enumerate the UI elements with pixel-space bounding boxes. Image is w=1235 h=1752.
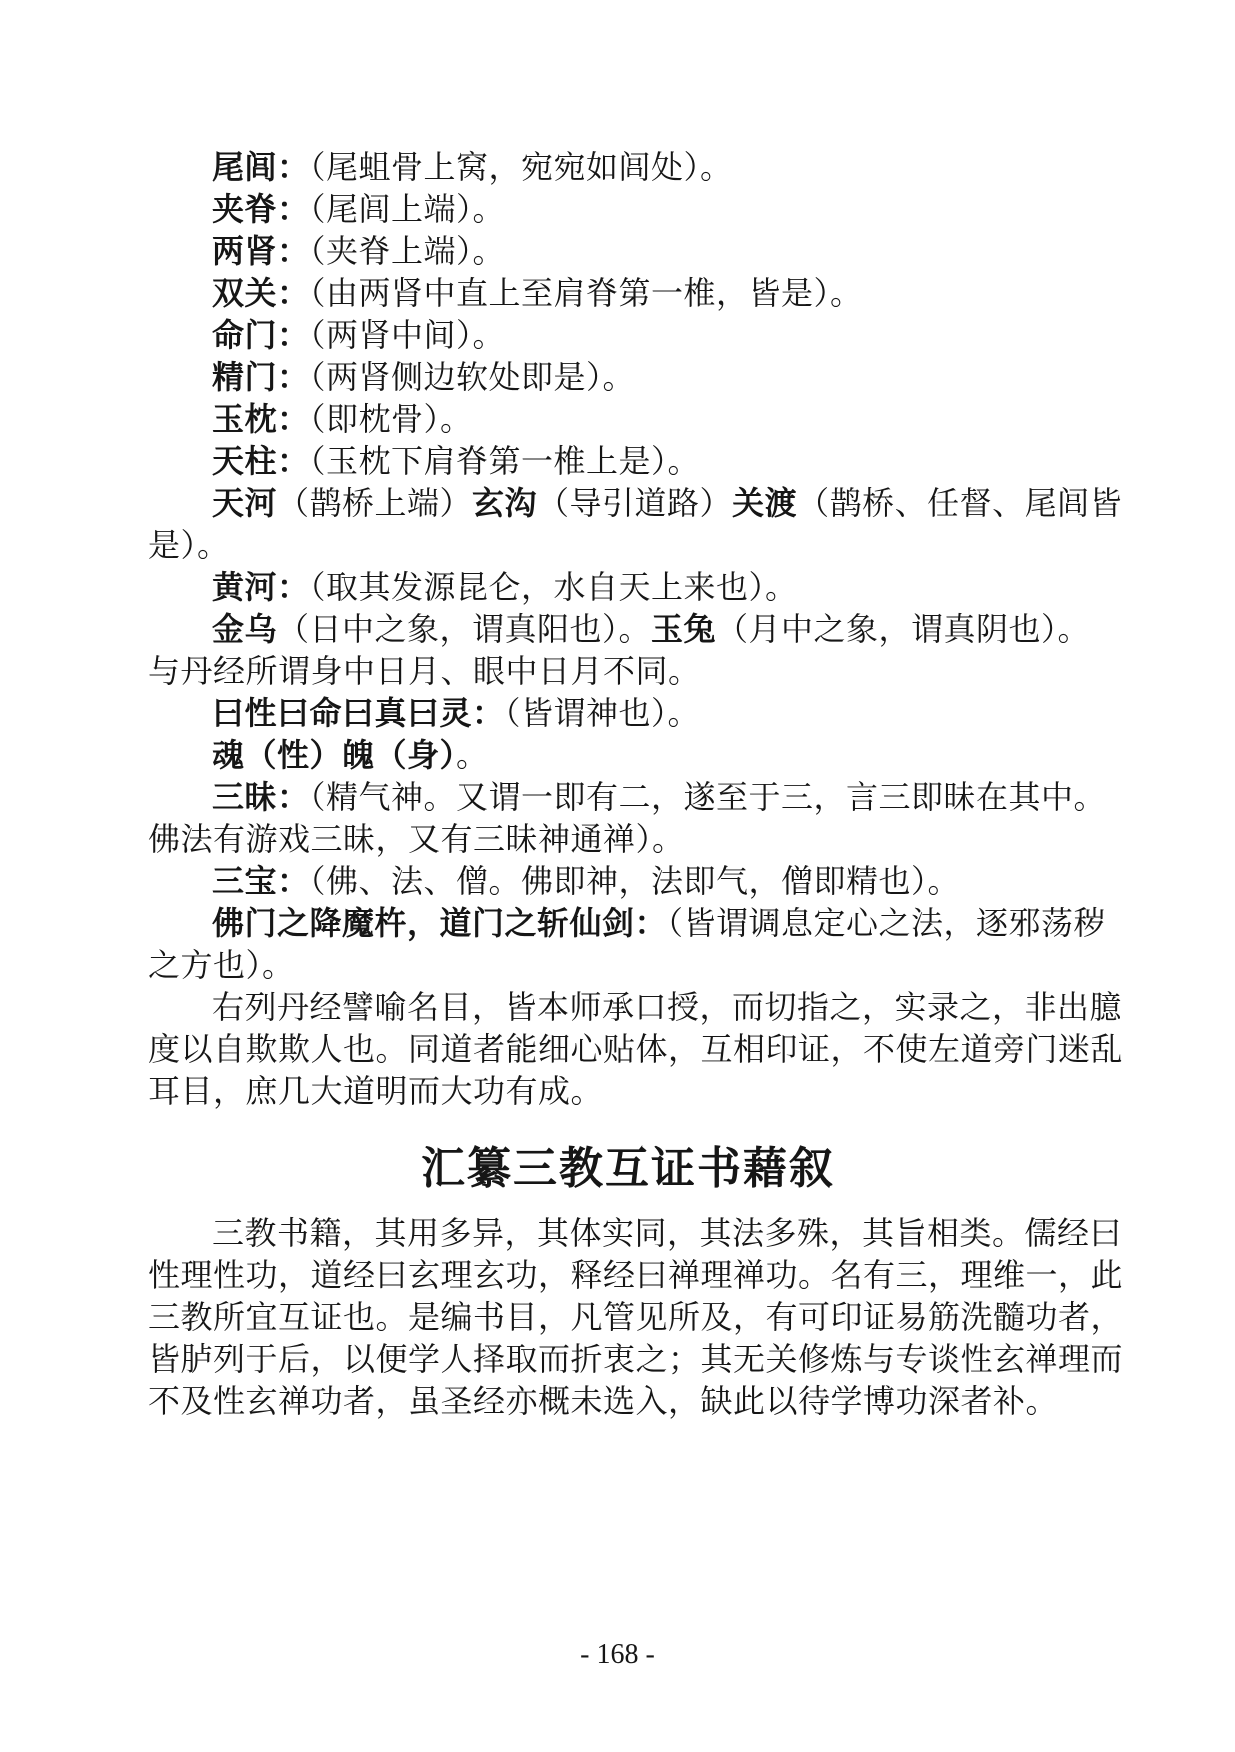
term-bold: 命门：	[212, 317, 310, 353]
section-heading: 汇纂三教互证书藉叙	[148, 1138, 1108, 1200]
text-line: 度以自欺欺人也。同道者能细心贴体，互相印证，不使左道旁门迷乱	[148, 1028, 1108, 1070]
text-line: 黄河：（取其发源昆仑，水自天上来也）。	[148, 566, 1108, 608]
text-line: 双关：（由两肾中直上至肩脊第一椎，皆是）。	[148, 272, 1108, 314]
term-bold: 精门：	[212, 359, 310, 395]
text-line: 两肾：（夹脊上端）。	[148, 230, 1108, 272]
term-bold: 尾闾：	[212, 149, 310, 185]
term-bold: 玉枕：	[212, 401, 310, 437]
text-run: 与丹经所谓身中日月、眼中日月不同。	[148, 653, 701, 689]
text-line: 是）。	[148, 524, 1108, 566]
text-run: 三教书籍，其用多异，其体实同，其法多殊，其旨相类。儒经曰	[212, 1215, 1122, 1251]
text-line: 皆胪列于后，以便学人择取而折衷之；其无关修炼与专谈性玄禅理而	[148, 1338, 1108, 1380]
text-content: 尾闾：（尾蛆骨上窝，宛宛如闾处）。夹脊：（尾闾上端）。两肾：（夹脊上端）。双关：…	[148, 146, 1108, 1422]
text-line: 佛门之降魔杵，道门之斩仙剑：（皆谓调息定心之法，逐邪荡秽	[148, 902, 1108, 944]
text-line: 耳目，庶几大道明而大功有成。	[148, 1070, 1108, 1112]
text-run: 之方也）。	[148, 947, 295, 983]
text-run: （佛、法、僧。佛即神，法即气，僧即精也）。	[310, 863, 961, 899]
text-line: 金乌（日中之象，谓真阳也）。玉兔（月中之象，谓真阴也）。	[148, 608, 1108, 650]
text-run: 耳目，庶几大道明而大功有成。	[148, 1073, 603, 1109]
text-line: 曰性曰命曰真曰灵：（皆谓神也）。	[148, 692, 1108, 734]
text-line: 之方也）。	[148, 944, 1108, 986]
text-line: 三昧：（精气神。又谓一即有二，遂至于三，言三即昧在其中。	[148, 776, 1108, 818]
text-run: （鹊桥、任督、尾闾皆	[797, 485, 1122, 521]
text-run: 不及性玄禅功者，虽圣经亦概未选入，缺此以待学博功深者补。	[148, 1383, 1058, 1419]
text-line: 三宝：（佛、法、僧。佛即神，法即气，僧即精也）。	[148, 860, 1108, 902]
text-run: （玉枕下肩脊第一椎上是）。	[310, 443, 701, 479]
term-bold: 双关：	[212, 275, 310, 311]
term-bold: 两肾：	[212, 233, 310, 269]
text-line: 三教所宜互证也。是编书目，凡管见所及，有可印证易筋洗髓功者，	[148, 1296, 1108, 1338]
term-bold: 金乌	[212, 611, 277, 647]
text-line: 不及性玄禅功者，虽圣经亦概未选入，缺此以待学博功深者补。	[148, 1380, 1108, 1422]
text-run: （即枕骨）。	[310, 401, 473, 437]
term-bold: 魂（性）魄（身）	[212, 737, 456, 773]
text-line: 精门：（两肾侧边软处即是）。	[148, 356, 1108, 398]
text-line: 右列丹经譬喻名目，皆本师承口授，而切指之，实录之，非出臆	[148, 986, 1108, 1028]
text-run: （尾闾上端）。	[310, 191, 506, 227]
text-run: （两肾侧边软处即是）。	[310, 359, 636, 395]
term-bold: 天河	[212, 485, 277, 521]
text-run: （夹脊上端）。	[310, 233, 506, 269]
page-number: - 168 -	[0, 1637, 1235, 1673]
text-run: 三教所宜互证也。是编书目，凡管见所及，有可印证易筋洗髓功者，	[148, 1299, 1123, 1335]
text-run: 右列丹经譬喻名目，皆本师承口授，而切指之，实录之，非出臆	[212, 989, 1122, 1025]
term-bold: 玄沟	[472, 485, 537, 521]
text-run: （日中之象，谓真阳也）。	[277, 611, 651, 647]
text-line: 天河（鹊桥上端）玄沟（导引道路）关渡（鹊桥、任督、尾闾皆	[148, 482, 1108, 524]
text-line: 尾闾：（尾蛆骨上窝，宛宛如闾处）。	[148, 146, 1108, 188]
text-run: （导引道路）	[537, 485, 732, 521]
text-run: （取其发源昆仑，水自天上来也）。	[310, 569, 798, 605]
text-run: （精气神。又谓一即有二，遂至于三，言三即昧在其中。	[310, 779, 1107, 815]
text-run: 度以自欺欺人也。同道者能细心贴体，互相印证，不使左道旁门迷乱	[148, 1031, 1123, 1067]
text-run: 皆胪列于后，以便学人择取而折衷之；其无关修炼与专谈性玄禅理而	[148, 1341, 1123, 1377]
text-line: 夹脊：（尾闾上端）。	[148, 188, 1108, 230]
term-bold: 佛门之降魔杵，道门之斩仙剑：	[212, 905, 667, 941]
text-run: 是）。	[148, 527, 230, 563]
text-line: 与丹经所谓身中日月、眼中日月不同。	[148, 650, 1108, 692]
terms-section: 尾闾：（尾蛆骨上窝，宛宛如闾处）。夹脊：（尾闾上端）。两肾：（夹脊上端）。双关：…	[148, 146, 1108, 1112]
text-run: （月中之象，谓真阴也）。	[716, 611, 1090, 647]
term-bold: 关渡	[732, 485, 797, 521]
term-bold: 玉兔	[651, 611, 716, 647]
text-run: （皆谓调息定心之法，逐邪荡秽	[667, 905, 1106, 941]
term-bold: 三昧：	[212, 779, 310, 815]
text-run: 佛法有游戏三昧，又有三昧神通禅）。	[148, 821, 685, 857]
text-run: （皆谓神也）。	[505, 695, 701, 731]
term-bold: 三宝：	[212, 863, 310, 899]
text-run: （鹊桥上端）	[277, 485, 472, 521]
text-run: 性理性功，道经曰玄理玄功，释经曰禅理禅功。名有三，理维一，此	[148, 1257, 1123, 1293]
text-line: 三教书籍，其用多异，其体实同，其法多殊，其旨相类。儒经曰	[148, 1212, 1108, 1254]
term-bold: 夹脊：	[212, 191, 310, 227]
preface-section: 三教书籍，其用多异，其体实同，其法多殊，其旨相类。儒经曰性理性功，道经曰玄理玄功…	[148, 1212, 1108, 1422]
term-bold: 天柱：	[212, 443, 310, 479]
text-run: （两肾中间）。	[310, 317, 506, 353]
document-page: 尾闾：（尾蛆骨上窝，宛宛如闾处）。夹脊：（尾闾上端）。两肾：（夹脊上端）。双关：…	[0, 0, 1235, 1752]
text-run: （由两肾中直上至肩脊第一椎，皆是）。	[310, 275, 863, 311]
text-line: 佛法有游戏三昧，又有三昧神通禅）。	[148, 818, 1108, 860]
term-bold: 黄河：	[212, 569, 310, 605]
text-line: 魂（性）魄（身）。	[148, 734, 1108, 776]
text-line: 天柱：（玉枕下肩脊第一椎上是）。	[148, 440, 1108, 482]
text-line: 命门：（两肾中间）。	[148, 314, 1108, 356]
text-line: 性理性功，道经曰玄理玄功，释经曰禅理禅功。名有三，理维一，此	[148, 1254, 1108, 1296]
text-line: 玉枕：（即枕骨）。	[148, 398, 1108, 440]
text-run: （尾蛆骨上窝，宛宛如闾处）。	[310, 149, 733, 185]
text-run: 。	[456, 737, 489, 773]
term-bold: 曰性曰命曰真曰灵：	[212, 695, 505, 731]
